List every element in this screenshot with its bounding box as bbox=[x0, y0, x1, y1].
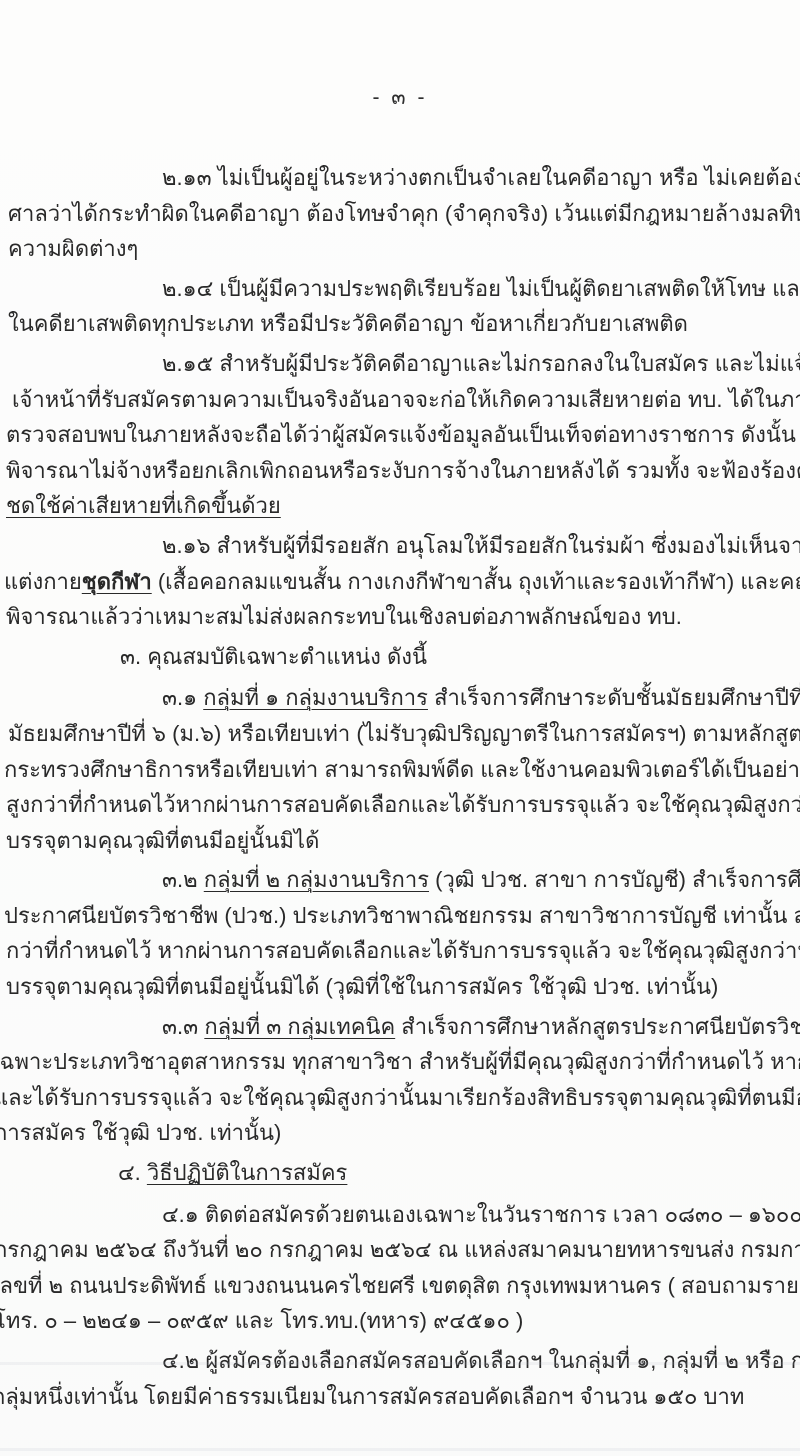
text-line: เลขที่ ๒ ถนนประดิพัทธ์ แขวงถนนนครไชยศรี … bbox=[0, 1268, 788, 1304]
text-segment: ศาลว่าได้กระทำผิดในคดีอาญา ต้องโทษจำคุก … bbox=[8, 201, 800, 226]
text-line: บรรจุตามคุณวุฒิที่ตนมีอยู่นั้นมิได้ bbox=[6, 823, 788, 859]
text-segment: พิจารณาไม่จ้างหรือยกเลิกเพิกถอนหรือระงับ… bbox=[6, 458, 800, 483]
text-line: ตรวจสอบพบในภายหลังจะถือได้ว่าผู้สมัครแจ้… bbox=[6, 417, 788, 453]
clause-3-1: ๓.๑ กลุ่มที่ ๑ กลุ่มงานบริการ สำเร็จการศ… bbox=[0, 680, 788, 858]
text-segment: สูงกว่าที่กำหนดไว้หากผ่านการสอบคัดเลือกแ… bbox=[6, 792, 800, 817]
text-segment: การสมัคร ใช้วุฒิ ปวช. เท่านั้น) bbox=[0, 1120, 281, 1145]
text-line: ศาลว่าได้กระทำผิดในคดีอาญา ต้องโทษจำคุก … bbox=[8, 196, 788, 232]
text-line: กระทรวงศึกษาธิการหรือเทียบเท่า สามารถพิม… bbox=[4, 752, 788, 788]
text-line: เฉพาะประเภทวิชาอุตสาหกรรม ทุกสาขาวิชา สำ… bbox=[0, 1044, 788, 1080]
text-segment: ๓. คุณสมบัติเฉพาะตำแหน่ง ดังนี้ bbox=[120, 644, 427, 669]
text-line: สูงกว่าที่กำหนดไว้หากผ่านการสอบคัดเลือกแ… bbox=[6, 787, 788, 823]
text-segment: ๒.๑๕ สำหรับผู้มีประวัติคดีอาญาและไม่กรอก… bbox=[162, 351, 800, 376]
text-segment: ๒.๑๖ สำหรับผู้ที่มีรอยสัก อนุโลมให้มีรอย… bbox=[162, 533, 800, 558]
text-line: ชดใช้ค่าเสียหายที่เกิดขึ้นด้วย bbox=[6, 488, 788, 524]
text-segment: ๓.๓ bbox=[162, 1014, 204, 1039]
underlined-text: ชดใช้ค่าเสียหายที่เกิดขึ้นด้วย bbox=[6, 493, 281, 518]
text-line: กลุ่มหนึ่งเท่านั้น โดยมีค่าธรรมเนียมในกา… bbox=[0, 1379, 788, 1415]
page-number: - ๓ - bbox=[0, 0, 800, 112]
text-line: เจ้าหน้าที่รับสมัครตามความเป็นจริงอันอาจ… bbox=[12, 382, 788, 418]
text-line: ๒.๑๕ สำหรับผู้มีประวัติคดีอาญาและไม่กรอก… bbox=[162, 346, 788, 382]
clause-2-14: ๒.๑๔ เป็นผู้มีความประพฤติเรียบร้อย ไม่เป… bbox=[0, 271, 788, 342]
scanned-document-page: - ๓ - ๒.๑๓ ไม่เป็นผู้อยู่ในระหว่างตกเป็น… bbox=[0, 0, 800, 1456]
text-segment: เจ้าหน้าที่รับสมัครตามความเป็นจริงอันอาจ… bbox=[12, 387, 800, 412]
text-line: การสมัคร ใช้วุฒิ ปวช. เท่านั้น) bbox=[0, 1115, 788, 1151]
clause-3-3: ๓.๓ กลุ่มที่ ๓ กลุ่มเทคนิค สำเร็จการศึกษ… bbox=[0, 1009, 788, 1151]
text-line: ๓. คุณสมบัติเฉพาะตำแหน่ง ดังนี้ bbox=[120, 639, 788, 675]
text-line: กว่าที่กำหนดไว้ หากผ่านการสอบคัดเลือกและ… bbox=[6, 933, 788, 969]
text-segment: เฉพาะประเภทวิชาอุตสาหกรรม ทุกสาขาวิชา สำ… bbox=[0, 1049, 800, 1074]
text-line: ความผิดต่างๆ bbox=[8, 231, 788, 267]
clause-4-2: ๔.๒ ผู้สมัครต้องเลือกสมัครสอบคัดเลือกฯ ใ… bbox=[0, 1343, 788, 1414]
text-line: กรกฎาคม ๒๕๖๔ ถึงวันที่ ๒๐ กรกฎาคม ๒๕๖๔ ณ… bbox=[0, 1232, 788, 1268]
text-line: ๒.๑๔ เป็นผู้มีความประพฤติเรียบร้อย ไม่เป… bbox=[162, 271, 788, 307]
text-segment: ประกาศนียบัตรวิชาชีพ (ปวช.) ประเภทวิชาพา… bbox=[4, 903, 800, 928]
text-segment: ความผิดต่างๆ bbox=[8, 236, 138, 261]
underlined-text: กลุ่มที่ ๑ กลุ่มงานบริการ bbox=[203, 685, 428, 710]
text-segment: ในคดียาเสพติดทุกประเภท หรือมีประวัติคดีอ… bbox=[8, 311, 688, 336]
clause-2-13: ๒.๑๓ ไม่เป็นผู้อยู่ในระหว่างตกเป็นจำเลยใ… bbox=[0, 160, 788, 267]
text-segment: ๔.๑ ติดต่อสมัครด้วยตนเองเฉพาะในวันราชการ… bbox=[162, 1202, 800, 1227]
text-line: ๔.๒ ผู้สมัครต้องเลือกสมัครสอบคัดเลือกฯ ใ… bbox=[162, 1343, 788, 1379]
text-segment: เลขที่ ๒ ถนนประดิพัทธ์ แขวงถนนนครไชยศรี … bbox=[0, 1273, 800, 1298]
underlined-text: วิธีปฏิบัติในการสมัคร bbox=[147, 1160, 348, 1185]
text-segment: มัธยมศึกษาปีที่ ๖ (ม.๖) หรือเทียบเท่า (ไ… bbox=[8, 721, 800, 746]
text-line: แต่งกายชุดกีฬา (เสื้อคอกลมแขนสั้น กางเกง… bbox=[4, 564, 788, 600]
section-3-heading: ๓. คุณสมบัติเฉพาะตำแหน่ง ดังนี้ bbox=[0, 639, 788, 675]
text-segment: สำเร็จการศึกษาหลักสูตรประกาศนียบัตรวิชาช… bbox=[395, 1014, 800, 1039]
text-line: มัธยมศึกษาปีที่ ๖ (ม.๖) หรือเทียบเท่า (ไ… bbox=[8, 716, 788, 752]
text-segment: ตรวจสอบพบในภายหลังจะถือได้ว่าผู้สมัครแจ้… bbox=[6, 422, 800, 447]
scan-artifact-streak bbox=[0, 1448, 800, 1451]
text-segment: ๓.๒ bbox=[162, 867, 204, 892]
text-line: ๓.๒ กลุ่มที่ ๒ กลุ่มงานบริการ (วุฒิ ปวช.… bbox=[162, 862, 788, 898]
text-segment: (วุฒิ ปวช. สาขา การบัญชี) สำเร็จการศึกษา… bbox=[429, 867, 800, 892]
text-segment: กว่าที่กำหนดไว้ หากผ่านการสอบคัดเลือกและ… bbox=[6, 938, 800, 963]
clause-2-15: ๒.๑๕ สำหรับผู้มีประวัติคดีอาญาและไม่กรอก… bbox=[0, 346, 788, 524]
text-segment: (เสื้อคอกลมแขนสั้น กางเกงกีฬาขาสั้น ถุงเ… bbox=[152, 569, 800, 594]
underlined-text: ชุดกีฬา bbox=[82, 569, 152, 594]
text-segment: พิจารณาแล้วว่าเหมาะสมไม่ส่งผลกระทบในเชิง… bbox=[6, 604, 682, 629]
text-segment: กรกฎาคม ๒๕๖๔ ถึงวันที่ ๒๐ กรกฎาคม ๒๕๖๔ ณ… bbox=[0, 1237, 800, 1262]
text-segment: ๔.๒ ผู้สมัครต้องเลือกสมัครสอบคัดเลือกฯ ใ… bbox=[162, 1348, 800, 1373]
text-line: ๓.๓ กลุ่มที่ ๓ กลุ่มเทคนิค สำเร็จการศึกษ… bbox=[162, 1009, 788, 1045]
text-segment: โทร. ๐ – ๒๒๔๑ – ๐๙๕๙ และ โทร.ทบ.(ทหาร) ๙… bbox=[0, 1308, 523, 1333]
document-body: ๒.๑๓ ไม่เป็นผู้อยู่ในระหว่างตกเป็นจำเลยใ… bbox=[0, 160, 800, 1414]
clause-3-2: ๓.๒ กลุ่มที่ ๒ กลุ่มงานบริการ (วุฒิ ปวช.… bbox=[0, 862, 788, 1004]
text-segment: ๓.๑ bbox=[162, 685, 203, 710]
text-segment: ๒.๑๓ ไม่เป็นผู้อยู่ในระหว่างตกเป็นจำเลยใ… bbox=[162, 165, 800, 190]
text-line: พิจารณาแล้วว่าเหมาะสมไม่ส่งผลกระทบในเชิง… bbox=[6, 599, 788, 635]
text-line: ๔. วิธีปฏิบัติในการสมัคร bbox=[118, 1155, 788, 1191]
section-4-heading: ๔. วิธีปฏิบัติในการสมัคร bbox=[0, 1155, 788, 1191]
text-line: โทร. ๐ – ๒๒๔๑ – ๐๙๕๙ และ โทร.ทบ.(ทหาร) ๙… bbox=[0, 1303, 788, 1339]
clause-4-1: ๔.๑ ติดต่อสมัครด้วยตนเองเฉพาะในวันราชการ… bbox=[0, 1197, 788, 1339]
text-segment: บรรจุตามคุณวุฒิที่ตนมีอยู่นั้นมิได้ bbox=[6, 828, 319, 853]
text-segment: ๒.๑๔ เป็นผู้มีความประพฤติเรียบร้อย ไม่เป… bbox=[162, 276, 800, 301]
text-segment: บรรจุตามคุณวุฒิที่ตนมีอยู่นั้นมิได้ (วุฒ… bbox=[6, 974, 718, 999]
text-line: ๔.๑ ติดต่อสมัครด้วยตนเองเฉพาะในวันราชการ… bbox=[162, 1197, 788, 1233]
underlined-text: กลุ่มที่ ๒ กลุ่มงานบริการ bbox=[204, 867, 429, 892]
text-line: พิจารณาไม่จ้างหรือยกเลิกเพิกถอนหรือระงับ… bbox=[6, 453, 788, 489]
text-segment: ๔. bbox=[118, 1160, 147, 1185]
text-line: บรรจุตามคุณวุฒิที่ตนมีอยู่นั้นมิได้ (วุฒ… bbox=[6, 969, 788, 1005]
text-line: และได้รับการบรรจุแล้ว จะใช้คุณวุฒิสูงกว่… bbox=[0, 1080, 788, 1116]
text-segment: กลุ่มหนึ่งเท่านั้น โดยมีค่าธรรมเนียมในกา… bbox=[0, 1384, 744, 1409]
text-segment: กระทรวงศึกษาธิการหรือเทียบเท่า สามารถพิม… bbox=[4, 757, 800, 782]
text-line: ๒.๑๖ สำหรับผู้ที่มีรอยสัก อนุโลมให้มีรอย… bbox=[162, 528, 788, 564]
text-line: ในคดียาเสพติดทุกประเภท หรือมีประวัติคดีอ… bbox=[8, 306, 788, 342]
text-segment: สำเร็จการศึกษาระดับชั้นมัธยมศึกษาปีที่ ๓… bbox=[428, 685, 800, 710]
clause-2-16: ๒.๑๖ สำหรับผู้ที่มีรอยสัก อนุโลมให้มีรอย… bbox=[0, 528, 788, 635]
underlined-text: กลุ่มที่ ๓ กลุ่มเทคนิค bbox=[204, 1014, 395, 1039]
text-line: ๒.๑๓ ไม่เป็นผู้อยู่ในระหว่างตกเป็นจำเลยใ… bbox=[162, 160, 788, 196]
text-segment: แต่งกาย bbox=[4, 569, 82, 594]
text-segment: และได้รับการบรรจุแล้ว จะใช้คุณวุฒิสูงกว่… bbox=[0, 1085, 800, 1110]
text-line: ประกาศนียบัตรวิชาชีพ (ปวช.) ประเภทวิชาพา… bbox=[4, 898, 788, 934]
text-line: ๓.๑ กลุ่มที่ ๑ กลุ่มงานบริการ สำเร็จการศ… bbox=[162, 680, 788, 716]
